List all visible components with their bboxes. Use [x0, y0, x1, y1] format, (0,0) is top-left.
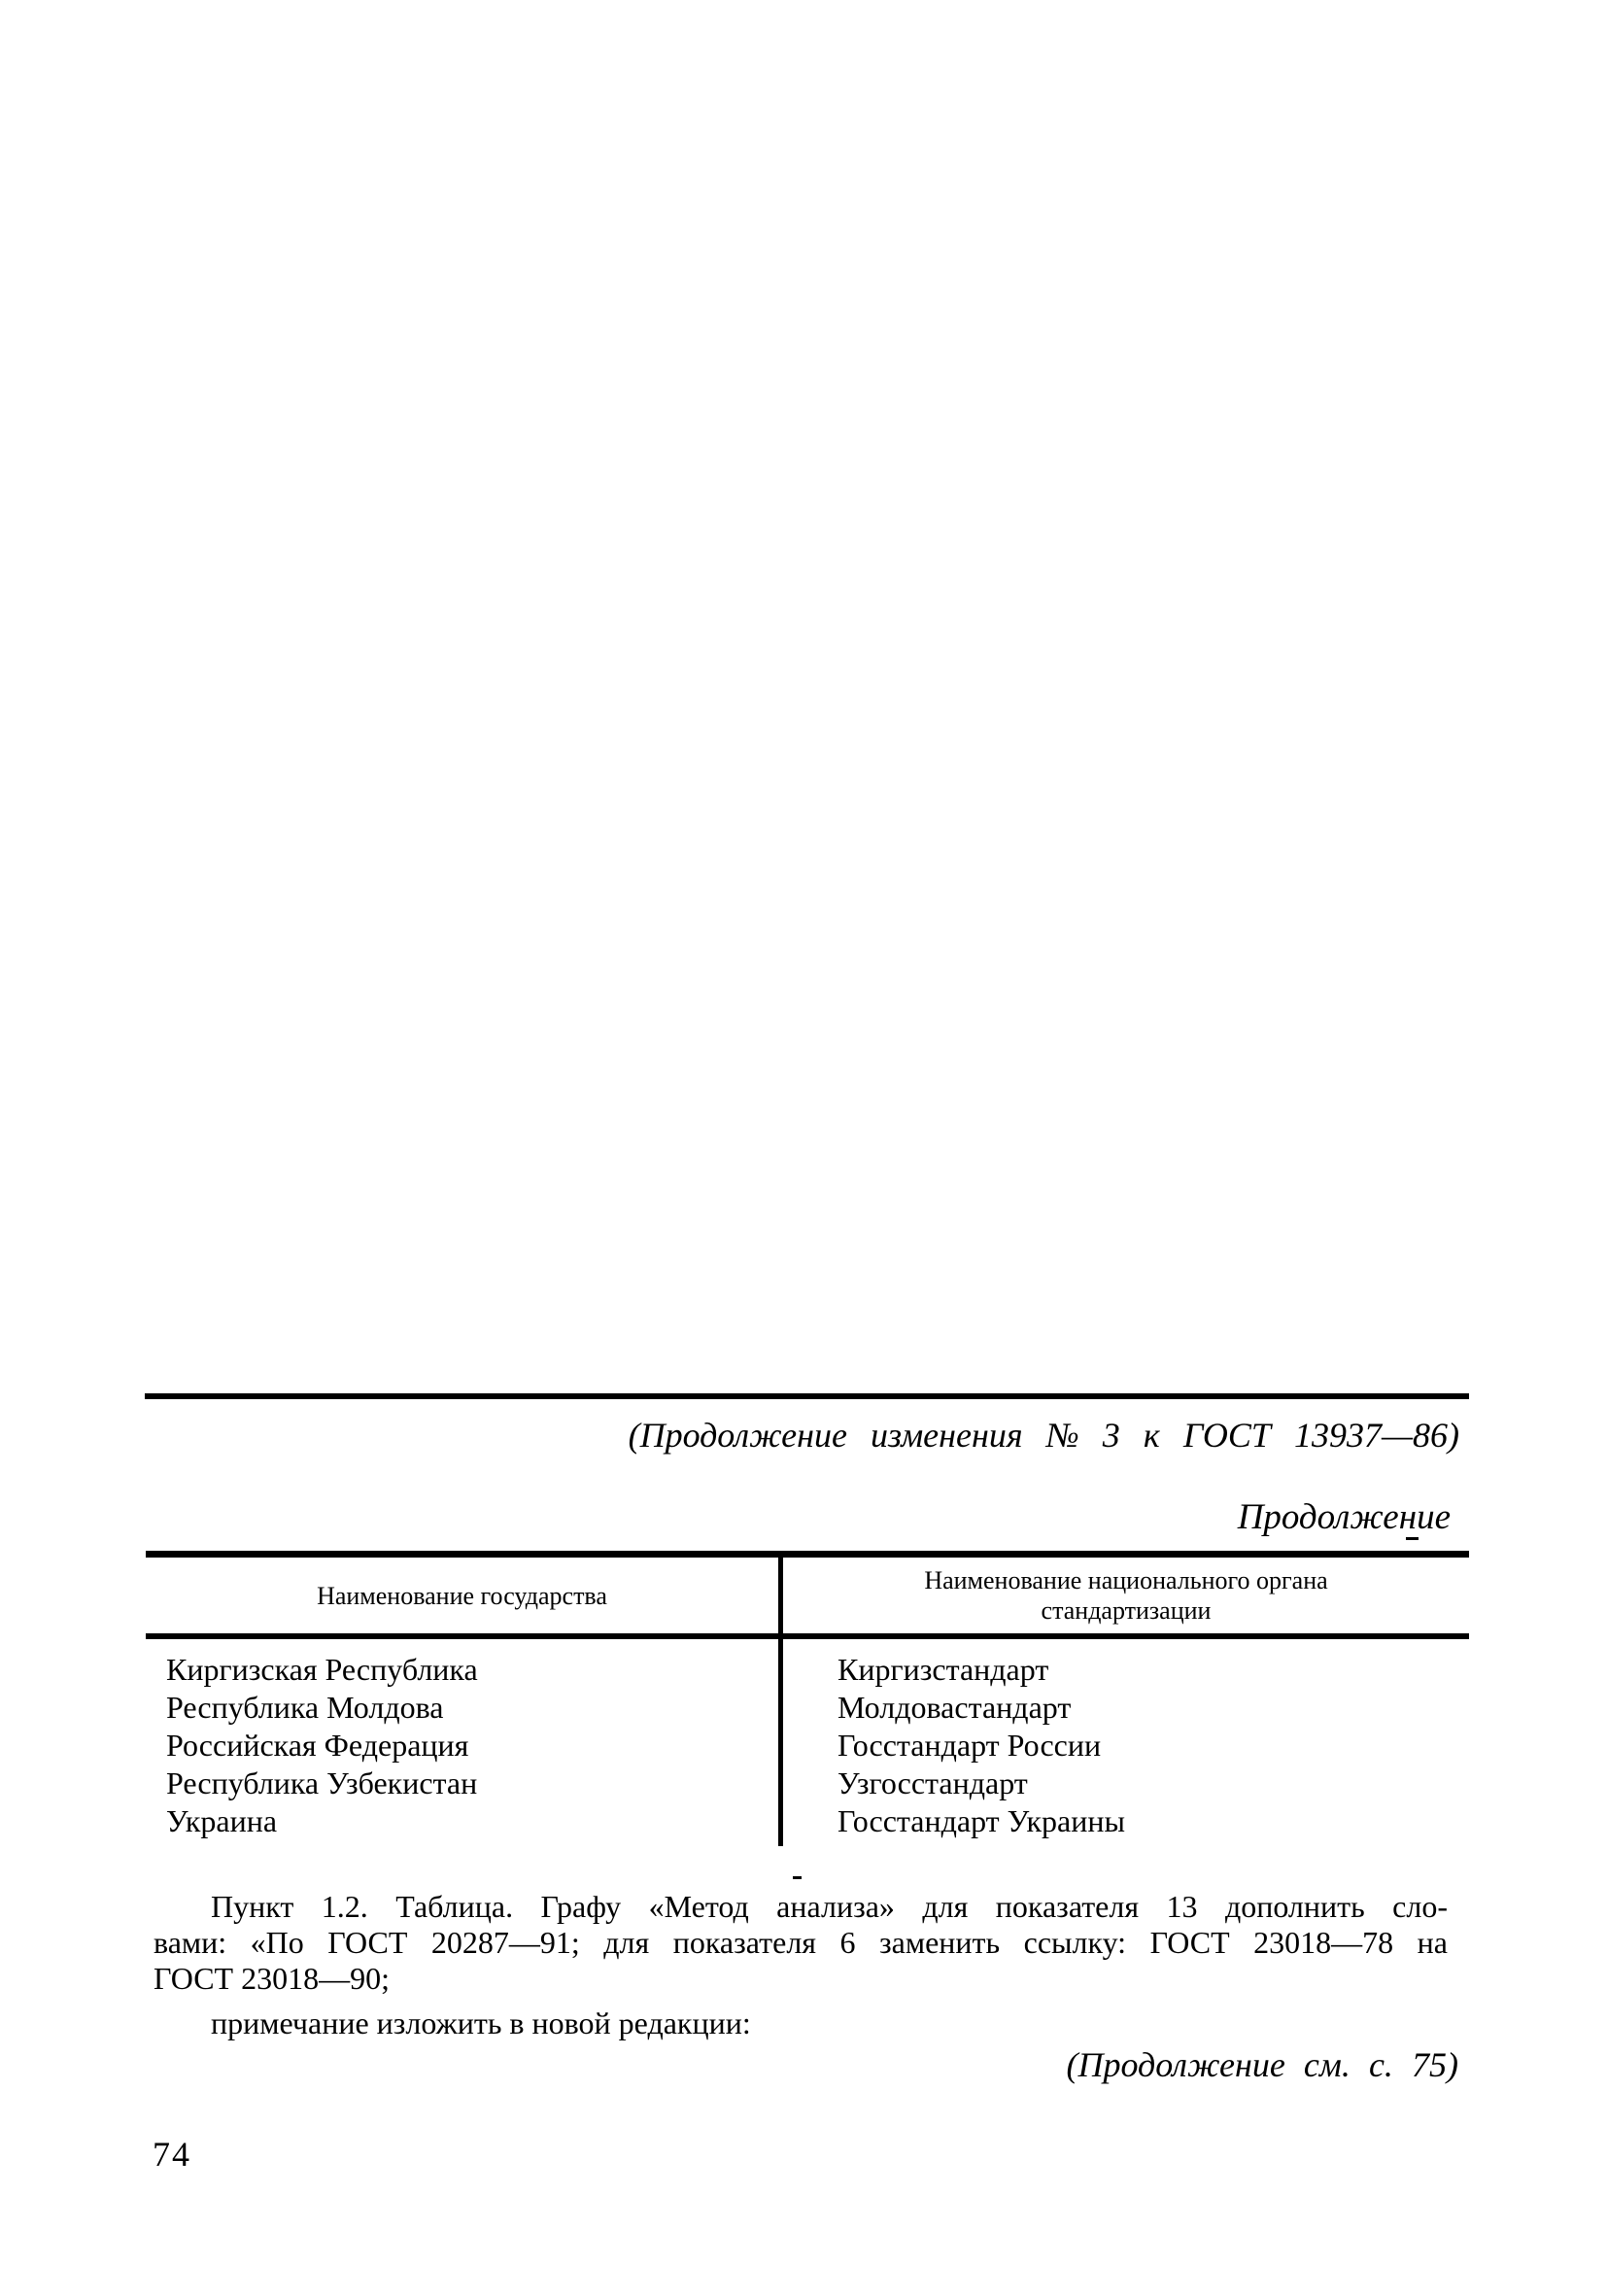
- table-column-states: Киргизская Республика Республика Молдова…: [146, 1639, 783, 1846]
- continuation-see-note: (Продолжение см. с. 75): [1066, 2044, 1458, 2085]
- state-name: Киргизская Республика: [166, 1651, 778, 1689]
- column-header-org: Наименование национального органа станда…: [783, 1558, 1469, 1633]
- amendment-paragraph: Пункт 1.2. Таблица. Графу «Метод анализа…: [154, 1889, 1448, 1997]
- table-header-row: Наименование государства Наименование на…: [146, 1558, 1469, 1639]
- horizontal-rule-top: [145, 1393, 1469, 1399]
- org-name: Госстандарт России: [838, 1727, 1469, 1765]
- org-name: Киргизстандарт: [838, 1651, 1469, 1689]
- amendment-line: Пункт 1.2. Таблица. Графу «Метод анализа…: [154, 1889, 1448, 1925]
- scan-artifact-dash: [793, 1876, 802, 1879]
- table-body: Киргизская Республика Республика Молдова…: [146, 1639, 1469, 1846]
- page-number: 74: [153, 2134, 191, 2175]
- document-page: (Продолжение изменения № 3 к ГОСТ 13937—…: [0, 0, 1607, 2296]
- state-name: Республика Молдова: [166, 1689, 778, 1727]
- column-header-org-label: Наименование национального органа станда…: [912, 1565, 1340, 1626]
- org-name: Узгосстандарт: [838, 1765, 1469, 1802]
- continuation-heading: (Продолжение изменения № 3 к ГОСТ 13937—…: [629, 1415, 1459, 1456]
- states-standards-table: Наименование государства Наименование на…: [146, 1551, 1469, 1846]
- state-name: Украина: [166, 1802, 778, 1840]
- org-name: Молдовастандарт: [838, 1689, 1469, 1727]
- amendment-line: вами: «По ГОСТ 20287—91; для показателя …: [154, 1925, 1448, 1961]
- org-name: Госстандарт Украины: [838, 1802, 1469, 1840]
- note-paragraph: примечание изложить в новой редакции:: [154, 2005, 1448, 2041]
- state-name: Республика Узбекистан: [166, 1765, 778, 1802]
- state-name: Российская Федерация: [166, 1727, 778, 1765]
- amendment-line: ГОСТ 23018—90;: [154, 1961, 1448, 1997]
- table-column-orgs: Киргизстандарт Молдовастандарт Госстанда…: [783, 1639, 1469, 1846]
- column-header-state: Наименование государства: [146, 1558, 783, 1633]
- scan-artifact-dash: [1406, 1537, 1419, 1540]
- table-continuation-label: Продолжение: [1238, 1496, 1451, 1538]
